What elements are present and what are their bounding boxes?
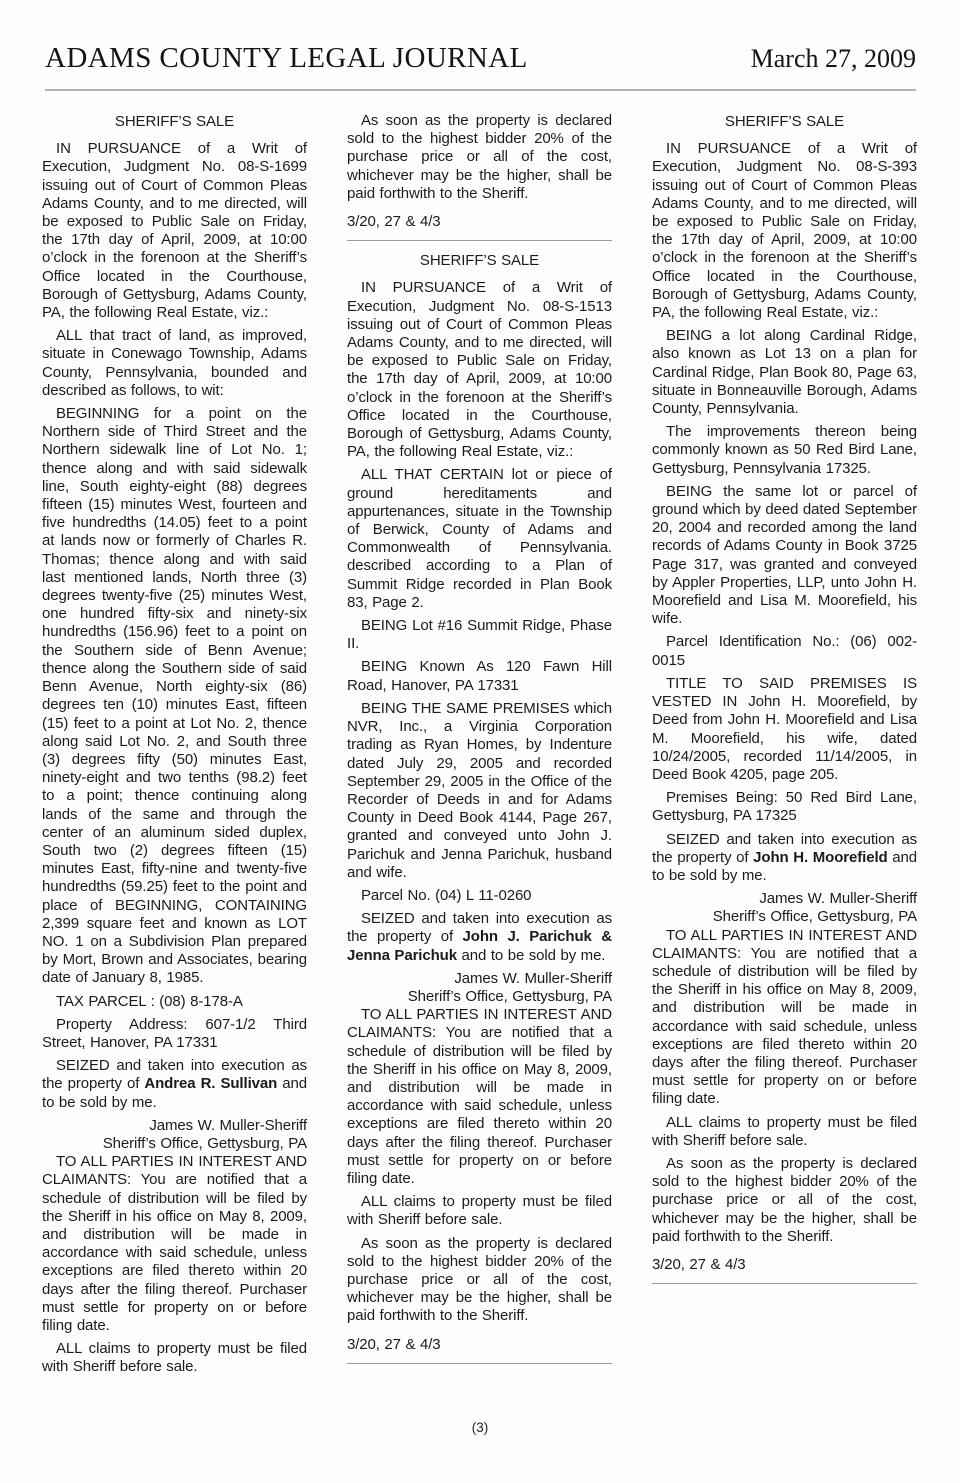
text-run: As soon as the property is declared sold…: [652, 1155, 917, 1245]
notice-paragraph: As soon as the property is declared sold…: [347, 1235, 612, 1326]
text-run: The improvements thereon being commonly …: [652, 423, 917, 476]
issue-date: March 27, 2009: [751, 44, 916, 74]
text-run: BEGINNING for a point on the Northern si…: [42, 405, 307, 986]
notice-divider: [347, 1363, 612, 1364]
notice-divider: [347, 240, 612, 241]
notice-paragraph: IN PURSUANCE of a Writ of Execution, Jud…: [42, 140, 307, 322]
publication-dates: 3/20, 27 & 4/3: [652, 1256, 917, 1274]
notice-paragraph: TO ALL PARTIES IN INTEREST AND CLAIMANTS…: [652, 927, 917, 1109]
text-run: SHERIFF’S SALE: [725, 113, 844, 130]
text-run: Parcel Identification No.: (06) 002-0015: [652, 633, 917, 668]
notice-title: SHERIFF’S SALE: [652, 113, 917, 131]
notice-paragraph: Property Address: 607-1/2 Third Street, …: [42, 1016, 307, 1052]
text-run: TITLE TO SAID PREMISES IS VESTED IN John…: [652, 675, 917, 783]
signature-line: Sheriff’s Office, Gettysburg, PA: [42, 1135, 307, 1153]
text-run: ALL claims to property must be filed wit…: [347, 1193, 612, 1228]
text-run: TO ALL PARTIES IN INTEREST AND CLAIMANTS…: [347, 1006, 612, 1187]
text-run: IN PURSUANCE of a Writ of Execution, Jud…: [652, 140, 917, 321]
signature-line: James W. Muller-Sheriff: [42, 1117, 307, 1135]
text-run: SHERIFF’S SALE: [115, 113, 234, 130]
text-run: and to be sold by me.: [457, 947, 605, 964]
notice-paragraph: BEING THE SAME PREMISES which NVR, Inc.,…: [347, 700, 612, 882]
text-run: Parcel No. (04) L 11-0260: [361, 887, 531, 904]
page-number: (3): [0, 1420, 960, 1435]
notice-paragraph: ALL claims to property must be filed wit…: [347, 1193, 612, 1229]
notice-paragraph: IN PURSUANCE of a Writ of Execution, Jud…: [347, 279, 612, 461]
column-3: SHERIFF’S SALEIN PURSUANCE of a Writ of …: [652, 112, 917, 1382]
page-header: ADAMS COUNTY LEGAL JOURNAL March 27, 200…: [45, 42, 916, 75]
notice-paragraph: TITLE TO SAID PREMISES IS VESTED IN John…: [652, 675, 917, 784]
notice-paragraph: SEIZED and taken into execution as the p…: [42, 1057, 307, 1112]
text-run: IN PURSUANCE of a Writ of Execution, Jud…: [347, 279, 612, 460]
signature-line: Sheriff’s Office, Gettysburg, PA: [347, 988, 612, 1006]
text-run: Andrea R. Sullivan: [144, 1075, 277, 1092]
text-run: SHERIFF’S SALE: [420, 252, 539, 269]
journal-title: ADAMS COUNTY LEGAL JOURNAL: [45, 42, 528, 75]
notice-paragraph: Parcel Identification No.: (06) 002-0015: [652, 633, 917, 669]
text-run: Sheriff’s Office, Gettysburg, PA: [713, 908, 917, 925]
text-run: As soon as the property is declared sold…: [347, 1235, 612, 1325]
notice-paragraph: As soon as the property is declared sold…: [652, 1155, 917, 1246]
text-run: TAX PARCEL : (08) 8-178-A: [56, 993, 243, 1010]
text-run: 3/20, 27 & 4/3: [347, 1336, 441, 1353]
column-1: SHERIFF’S SALEIN PURSUANCE of a Writ of …: [42, 112, 307, 1382]
text-run: ALL claims to property must be filed wit…: [42, 1340, 307, 1375]
text-run: James W. Muller-Sheriff: [454, 970, 612, 987]
text-run: ALL that tract of land, as improved, sit…: [42, 327, 307, 399]
publication-dates: 3/20, 27 & 4/3: [347, 1336, 612, 1354]
journal-page: ADAMS COUNTY LEGAL JOURNAL March 27, 200…: [0, 0, 960, 1483]
notice-paragraph: TAX PARCEL : (08) 8-178-A: [42, 993, 307, 1011]
notice-paragraph: BEING a lot along Cardinal Ridge, also k…: [652, 327, 917, 418]
text-run: 3/20, 27 & 4/3: [652, 1256, 746, 1273]
text-run: James W. Muller-Sheriff: [149, 1117, 307, 1134]
notice-paragraph: BEING Lot #16 Summit Ridge, Phase II.: [347, 617, 612, 653]
notice-paragraph: BEING the same lot or parcel of ground w…: [652, 483, 917, 629]
notice-columns: SHERIFF’S SALEIN PURSUANCE of a Writ of …: [42, 112, 918, 1382]
text-run: James W. Muller-Sheriff: [759, 890, 917, 907]
notice-paragraph: ALL THAT CERTAIN lot or piece of ground …: [347, 466, 612, 612]
text-run: Premises Being: 50 Red Bird Lane, Gettys…: [652, 789, 917, 824]
text-run: BEING Known As 120 Fawn Hill Road, Hanov…: [347, 658, 612, 693]
text-run: BEING a lot along Cardinal Ridge, also k…: [652, 327, 917, 417]
text-run: TO ALL PARTIES IN INTEREST AND CLAIMANTS…: [42, 1153, 307, 1334]
text-run: Sheriff’s Office, Gettysburg, PA: [408, 988, 612, 1005]
notice-paragraph: ALL claims to property must be filed wit…: [42, 1340, 307, 1376]
text-run: ALL THAT CERTAIN lot or piece of ground …: [347, 466, 612, 610]
notice-paragraph: BEING Known As 120 Fawn Hill Road, Hanov…: [347, 658, 612, 694]
notice-paragraph: The improvements thereon being commonly …: [652, 423, 917, 478]
notice-paragraph: As soon as the property is declared sold…: [347, 112, 612, 203]
text-run: BEING THE SAME PREMISES which NVR, Inc.,…: [347, 700, 612, 881]
notice-paragraph: Parcel No. (04) L 11-0260: [347, 887, 612, 905]
header-rule: [45, 89, 916, 91]
publication-dates: 3/20, 27 & 4/3: [347, 213, 612, 231]
notice-title: SHERIFF’S SALE: [347, 252, 612, 270]
signature-line: Sheriff’s Office, Gettysburg, PA: [652, 908, 917, 926]
text-run: 3/20, 27 & 4/3: [347, 213, 441, 230]
notice-paragraph: ALL that tract of land, as improved, sit…: [42, 327, 307, 400]
text-run: TO ALL PARTIES IN INTEREST AND CLAIMANTS…: [652, 927, 917, 1108]
text-run: Property Address: 607-1/2 Third Street, …: [42, 1016, 307, 1051]
notice-paragraph: BEGINNING for a point on the Northern si…: [42, 405, 307, 988]
notice-paragraph: TO ALL PARTIES IN INTEREST AND CLAIMANTS…: [42, 1153, 307, 1335]
text-run: BEING the same lot or parcel of ground w…: [652, 483, 917, 627]
notice-paragraph: TO ALL PARTIES IN INTEREST AND CLAIMANTS…: [347, 1006, 612, 1188]
notice-paragraph: IN PURSUANCE of a Writ of Execution, Jud…: [652, 140, 917, 322]
signature-line: James W. Muller-Sheriff: [347, 970, 612, 988]
notice-paragraph: SEIZED and taken into execution as the p…: [347, 910, 612, 965]
notice-paragraph: ALL claims to property must be filed wit…: [652, 1114, 917, 1150]
notice-paragraph: SEIZED and taken into execution as the p…: [652, 831, 917, 886]
text-run: Sheriff’s Office, Gettysburg, PA: [103, 1135, 307, 1152]
notice-divider: [652, 1283, 917, 1284]
notice-paragraph: Premises Being: 50 Red Bird Lane, Gettys…: [652, 789, 917, 825]
text-run: IN PURSUANCE of a Writ of Execution, Jud…: [42, 140, 307, 321]
text-run: As soon as the property is declared sold…: [347, 112, 612, 202]
notice-title: SHERIFF’S SALE: [42, 113, 307, 131]
text-run: ALL claims to property must be filed wit…: [652, 1114, 917, 1149]
column-2: As soon as the property is declared sold…: [347, 112, 612, 1382]
text-run: John H. Moorefield: [753, 849, 887, 866]
text-run: BEING Lot #16 Summit Ridge, Phase II.: [347, 617, 612, 652]
signature-line: James W. Muller-Sheriff: [652, 890, 917, 908]
